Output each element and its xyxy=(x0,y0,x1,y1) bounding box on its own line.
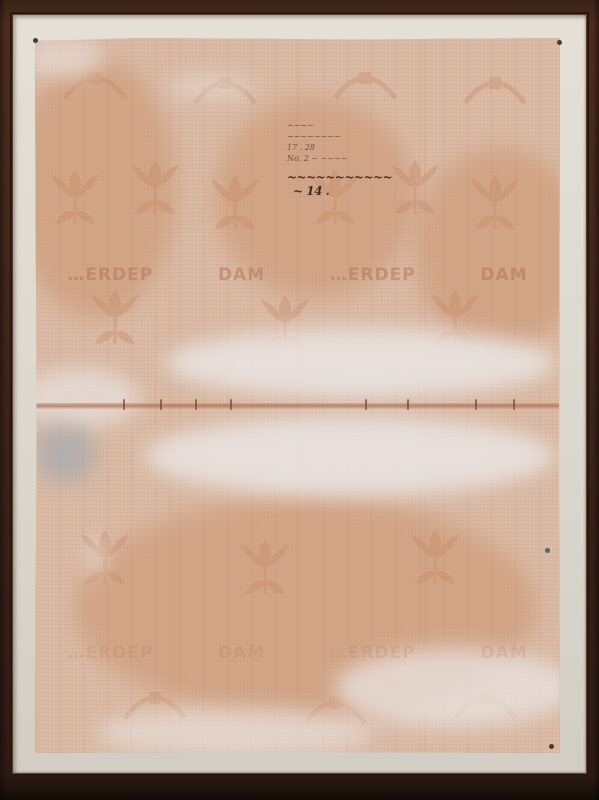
woven-word: DAM xyxy=(480,643,527,663)
woven-word: …ERDEP xyxy=(67,265,153,285)
woven-word: …ERDEP xyxy=(67,643,153,663)
inscription-line: No. 2 ~ ~~~~ xyxy=(287,153,407,164)
woven-word: …ERDEP xyxy=(330,265,416,285)
seam-stitch xyxy=(160,399,162,410)
woven-word: …ERDEP xyxy=(330,643,416,663)
mounting-pin xyxy=(545,548,550,553)
woven-word: DAM xyxy=(218,265,265,285)
seam-stitch xyxy=(123,399,125,410)
bleached-area xyxy=(165,73,255,101)
seam-stitch xyxy=(407,399,409,410)
damask-textile: …ERDEP DAM …ERDEP DAM …ERDEP DAM …ERDEP … xyxy=(35,38,560,753)
seam-stitch xyxy=(230,399,232,410)
bleached-area xyxy=(145,416,555,496)
seam-stitch xyxy=(365,399,367,410)
woven-inscription-upper: …ERDEP DAM …ERDEP DAM xyxy=(35,260,560,290)
inscription-signature: ~~~~~~~~~~~ xyxy=(287,170,407,184)
bleached-area xyxy=(90,538,104,578)
inscription-number: ~ 14 . xyxy=(287,184,407,198)
bleached-area xyxy=(95,708,375,753)
mounting-pin xyxy=(33,38,38,43)
woven-word: DAM xyxy=(218,643,265,663)
woven-word: DAM xyxy=(480,265,527,285)
mounting-pin xyxy=(557,40,562,45)
seam-stitch xyxy=(475,399,477,410)
inscription-line: 17 . 28 xyxy=(287,142,407,153)
inscription-line: ~~~~~~~~ xyxy=(287,131,407,142)
fold-seam xyxy=(35,403,560,409)
woven-inscription-lower: …ERDEP DAM …ERDEP DAM xyxy=(35,638,560,668)
bleached-area xyxy=(165,328,555,398)
seam-stitch xyxy=(513,399,515,410)
seam-stitch xyxy=(195,399,197,410)
mounting-pin xyxy=(549,744,554,749)
handwritten-inscription: ~~~~ ~~~~~~~~ 17 . 28 No. 2 ~ ~~~~ ~~~~~… xyxy=(287,120,407,198)
grey-blue-tide-mark xyxy=(35,423,95,483)
inscription-line: ~~~~ xyxy=(287,120,407,131)
picture-frame: …ERDEP DAM …ERDEP DAM …ERDEP DAM …ERDEP … xyxy=(0,0,599,800)
